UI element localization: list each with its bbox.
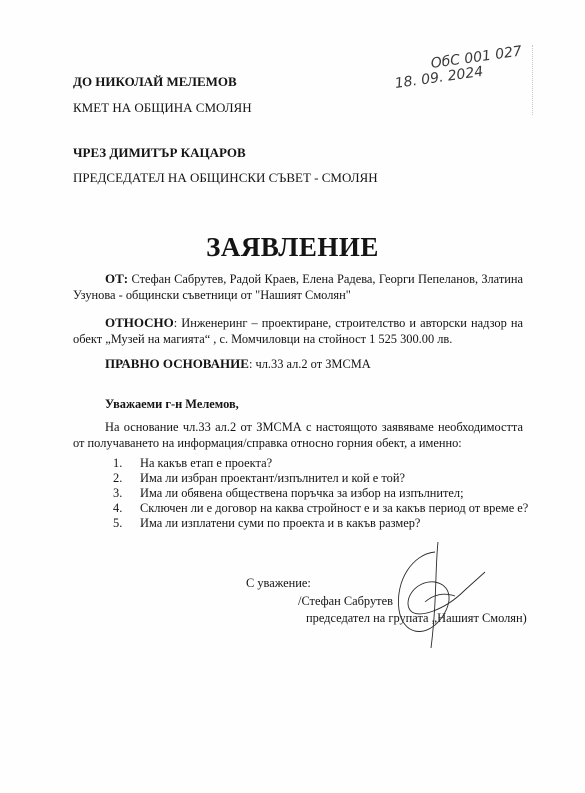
recipient-title: КМЕТ НА ОБЩИНА СМОЛЯН	[73, 100, 252, 116]
question-number: 5.	[113, 516, 122, 531]
closing-salutation: С уважение:	[246, 576, 311, 591]
from-paragraph: ОТ: Стефан Сабрутев, Радой Краев, Елена …	[73, 271, 523, 303]
via-title: ПРЕДСЕДАТЕЛ НА ОБЩИНСКИ СЪВЕТ - СМОЛЯН	[73, 170, 378, 186]
legal-basis-label: ПРАВНО ОСНОВАНИЕ	[105, 356, 249, 371]
question-number: 1.	[113, 456, 122, 471]
subject-label: ОТНОСНО	[105, 315, 174, 330]
question-number: 4.	[113, 501, 122, 516]
signer-name: /Стефан Сабрутев	[298, 594, 393, 609]
handwritten-signature	[385, 540, 545, 650]
from-text: Стефан Сабрутев, Радой Краев, Елена Раде…	[73, 272, 523, 302]
question-text: Има ли избран проектант/изпълнител и кой…	[140, 471, 405, 486]
signer-role: председател на групата „Нашият Смолян)	[306, 611, 527, 626]
recipient-name: ДО НИКОЛАЙ МЕЛЕМОВ	[73, 74, 237, 90]
body-paragraph: На основание чл.33 ал.2 от ЗМСМА с насто…	[73, 419, 523, 451]
greeting: Уважаеми г-н Мелемов,	[105, 397, 239, 412]
question-number: 2.	[113, 471, 122, 486]
scan-artifact-divider	[532, 45, 534, 115]
question-text: Сключен ли е договор на каква стройност …	[140, 501, 528, 516]
document-title: ЗАЯВЛЕНИЕ	[0, 232, 585, 263]
document-page: ОбС 001 027 18. 09. 2024 ДО НИКОЛАЙ МЕЛЕ…	[0, 0, 585, 793]
question-text: Има ли обявена обществена поръчка за изб…	[140, 486, 464, 501]
question-text: На какъв етап е проекта?	[140, 456, 272, 471]
subject-paragraph: ОТНОСНО: Инженеринг – проектиране, строи…	[73, 315, 523, 347]
question-number: 3.	[113, 486, 122, 501]
question-text: Има ли изплатени суми по проекта и в как…	[140, 516, 420, 531]
via-name: ЧРЕЗ ДИМИТЪР КАЦАРОВ	[73, 145, 246, 161]
from-label: ОТ:	[105, 271, 128, 286]
legal-basis-paragraph: ПРАВНО ОСНОВАНИЕ: чл.33 ал.2 от ЗМСМА	[73, 356, 523, 372]
legal-basis-text: : чл.33 ал.2 от ЗМСМА	[249, 357, 371, 371]
